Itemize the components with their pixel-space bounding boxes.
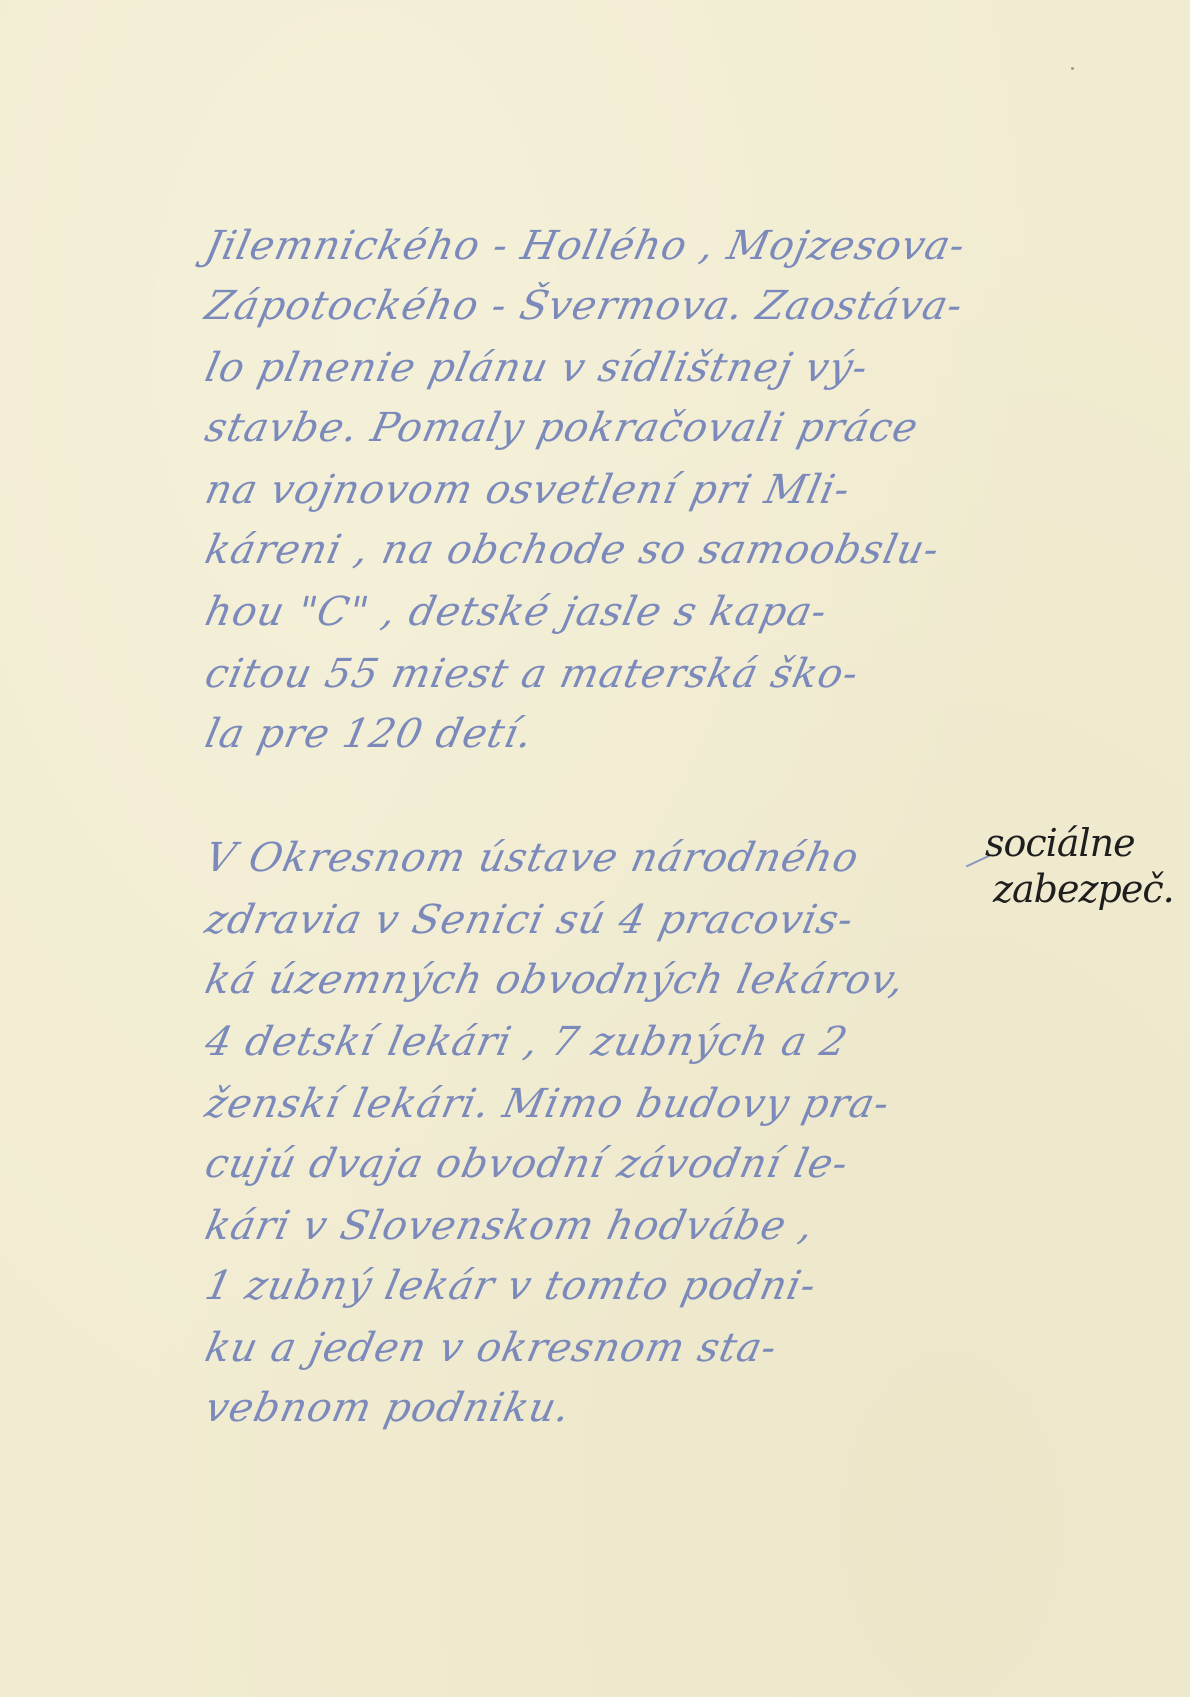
- handwritten-line: la pre 120 detí.: [200, 706, 538, 762]
- handwritten-line: V Okresnom ústave národného: [200, 830, 864, 886]
- handwritten-line: zdravia v Senici sú 4 pracovis-: [200, 892, 859, 948]
- handwritten-line: cujú dvaja obvodní závodní le-: [200, 1136, 854, 1192]
- ink-speck: [1071, 67, 1074, 70]
- handwritten-line: hou "C" , detské jasle s kapa-: [200, 584, 833, 640]
- handwritten-line: stavbe. Pomaly pokračovali práce: [200, 400, 924, 456]
- margin-annotation-line-1: sociálne: [985, 820, 1185, 866]
- handwritten-line: Jilemnického - Hollého , Mojzesova-: [200, 218, 971, 274]
- handwritten-line: lo plnenie plánu v sídlištnej vý-: [200, 340, 873, 396]
- handwritten-line: vebnom podniku.: [200, 1380, 576, 1436]
- handwritten-line: citou 55 miest a materská ško-: [200, 646, 864, 702]
- handwritten-line: 4 detskí lekári , 7 zubných a 2: [200, 1014, 853, 1070]
- document-page: Jilemnického - Hollého , Mojzesova- Zápo…: [0, 0, 1190, 1697]
- margin-annotation: sociálne zabezpeč.: [985, 820, 1185, 912]
- handwritten-line: Zápotockého - Švermova. Zaostáva-: [200, 278, 968, 334]
- handwritten-line: ká územných obvodných lekárov,: [200, 952, 910, 1008]
- handwritten-line: 1 zubný lekár v tomto podni-: [200, 1258, 822, 1314]
- handwritten-line: ku a jeden v okresnom sta-: [200, 1320, 782, 1376]
- handwritten-line: na vojnovom osvetlení pri Mli-: [200, 462, 855, 518]
- handwritten-line: káreni , na obchode so samoobslu-: [200, 522, 945, 578]
- margin-annotation-line-2: zabezpeč.: [985, 866, 1185, 912]
- handwritten-line: ženskí lekári. Mimo budovy pra-: [200, 1076, 895, 1132]
- handwritten-line: kári v Slovenskom hodvábe ,: [200, 1198, 819, 1254]
